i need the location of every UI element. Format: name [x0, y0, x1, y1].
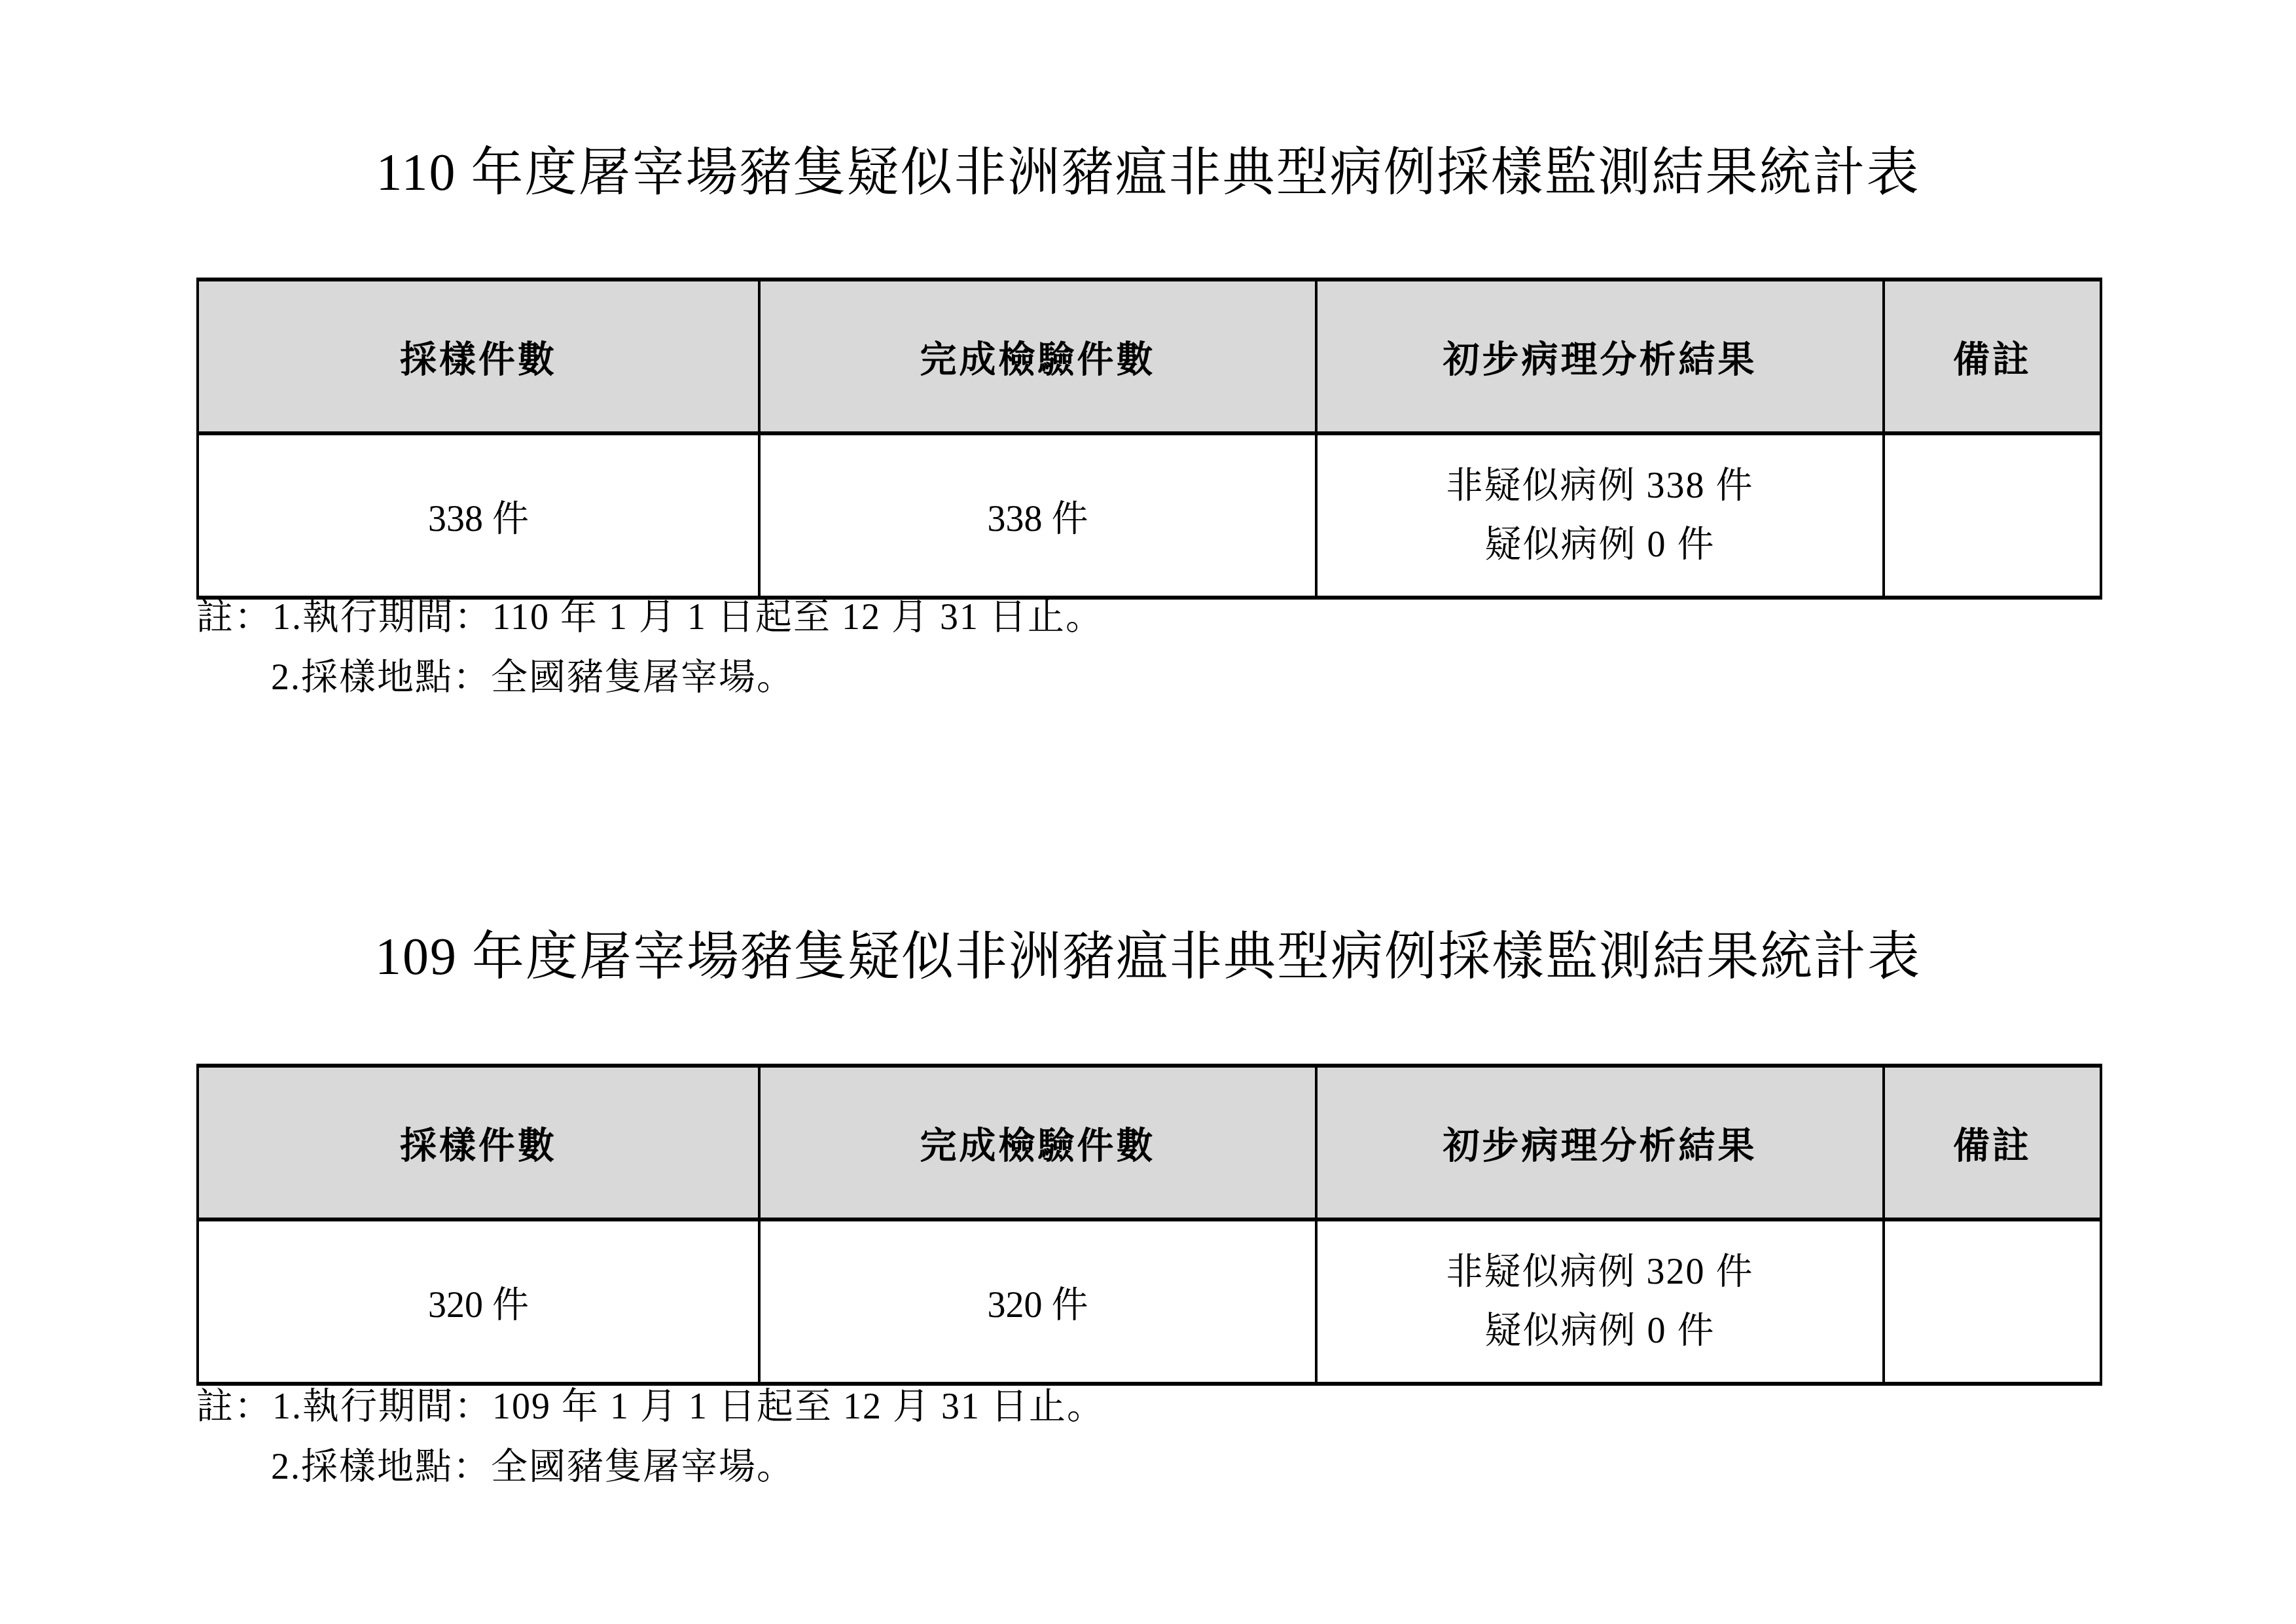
column-header-sampled-count: 採樣件數 — [198, 280, 759, 433]
cell-sampled-count: 338 件 — [198, 433, 759, 598]
cell-sampled-count: 320 件 — [198, 1219, 759, 1384]
footnotes-109: 註：1.執行期間：109 年 1 月 1 日起至 12 月 31 日止。 2.採… — [196, 1377, 1105, 1498]
column-header-remark: 備註 — [1884, 280, 2101, 433]
document-page: 110 年度屠宰場豬隻疑似非洲豬瘟非典型病例採樣監測結果統計表 採樣件數 完成檢… — [0, 0, 2296, 1624]
analysis-suspected-line: 疑似病例 0 件 — [1318, 516, 1882, 575]
cell-tested-count: 320 件 — [759, 1219, 1316, 1384]
report-title-110: 110 年度屠宰場豬隻疑似非洲豬瘟非典型病例採樣監測結果統計表 — [0, 141, 2296, 204]
column-header-remark: 備註 — [1884, 1066, 2101, 1219]
column-header-analysis-result: 初步病理分析結果 — [1316, 280, 1884, 433]
column-header-tested-count: 完成檢驗件數 — [759, 1066, 1316, 1219]
column-header-sampled-count: 採樣件數 — [198, 1066, 759, 1219]
note-execution-period: 註：1.執行期間：109 年 1 月 1 日起至 12 月 31 日止。 — [196, 1377, 1105, 1437]
note-sampling-location: 2.採樣地點：全國豬隻屠宰場。 — [271, 1437, 1105, 1498]
report-title-109: 109 年度屠宰場豬隻疑似非洲豬瘟非典型病例採樣監測結果統計表 — [0, 926, 2296, 988]
footnotes-110: 註：1.執行期間：110 年 1 月 1 日起至 12 月 31 日止。 2.採… — [196, 588, 1103, 708]
table-row: 320 件 320 件 非疑似病例 320 件 疑似病例 0 件 — [198, 1219, 2101, 1384]
column-header-analysis-result: 初步病理分析結果 — [1316, 1066, 1884, 1219]
cell-remark — [1884, 1219, 2101, 1384]
cell-analysis-result: 非疑似病例 320 件 疑似病例 0 件 — [1316, 1219, 1884, 1384]
table-header-row: 採樣件數 完成檢驗件數 初步病理分析結果 備註 — [198, 1066, 2101, 1219]
analysis-suspected-line: 疑似病例 0 件 — [1318, 1302, 1882, 1361]
monitoring-table-110: 採樣件數 完成檢驗件數 初步病理分析結果 備註 338 件 338 件 非疑似病… — [196, 278, 2102, 600]
column-header-tested-count: 完成檢驗件數 — [759, 280, 1316, 433]
monitoring-table-109: 採樣件數 完成檢驗件數 初步病理分析結果 備註 320 件 320 件 非疑似病… — [196, 1064, 2102, 1386]
analysis-non-suspected-line: 非疑似病例 320 件 — [1318, 1243, 1882, 1302]
table-row: 338 件 338 件 非疑似病例 338 件 疑似病例 0 件 — [198, 433, 2101, 598]
note-sampling-location: 2.採樣地點：全國豬隻屠宰場。 — [271, 648, 1103, 708]
cell-remark — [1884, 433, 2101, 598]
analysis-non-suspected-line: 非疑似病例 338 件 — [1318, 457, 1882, 516]
note-execution-period: 註：1.執行期間：110 年 1 月 1 日起至 12 月 31 日止。 — [196, 588, 1103, 648]
cell-analysis-result: 非疑似病例 338 件 疑似病例 0 件 — [1316, 433, 1884, 598]
table-header-row: 採樣件數 完成檢驗件數 初步病理分析結果 備註 — [198, 280, 2101, 433]
cell-tested-count: 338 件 — [759, 433, 1316, 598]
